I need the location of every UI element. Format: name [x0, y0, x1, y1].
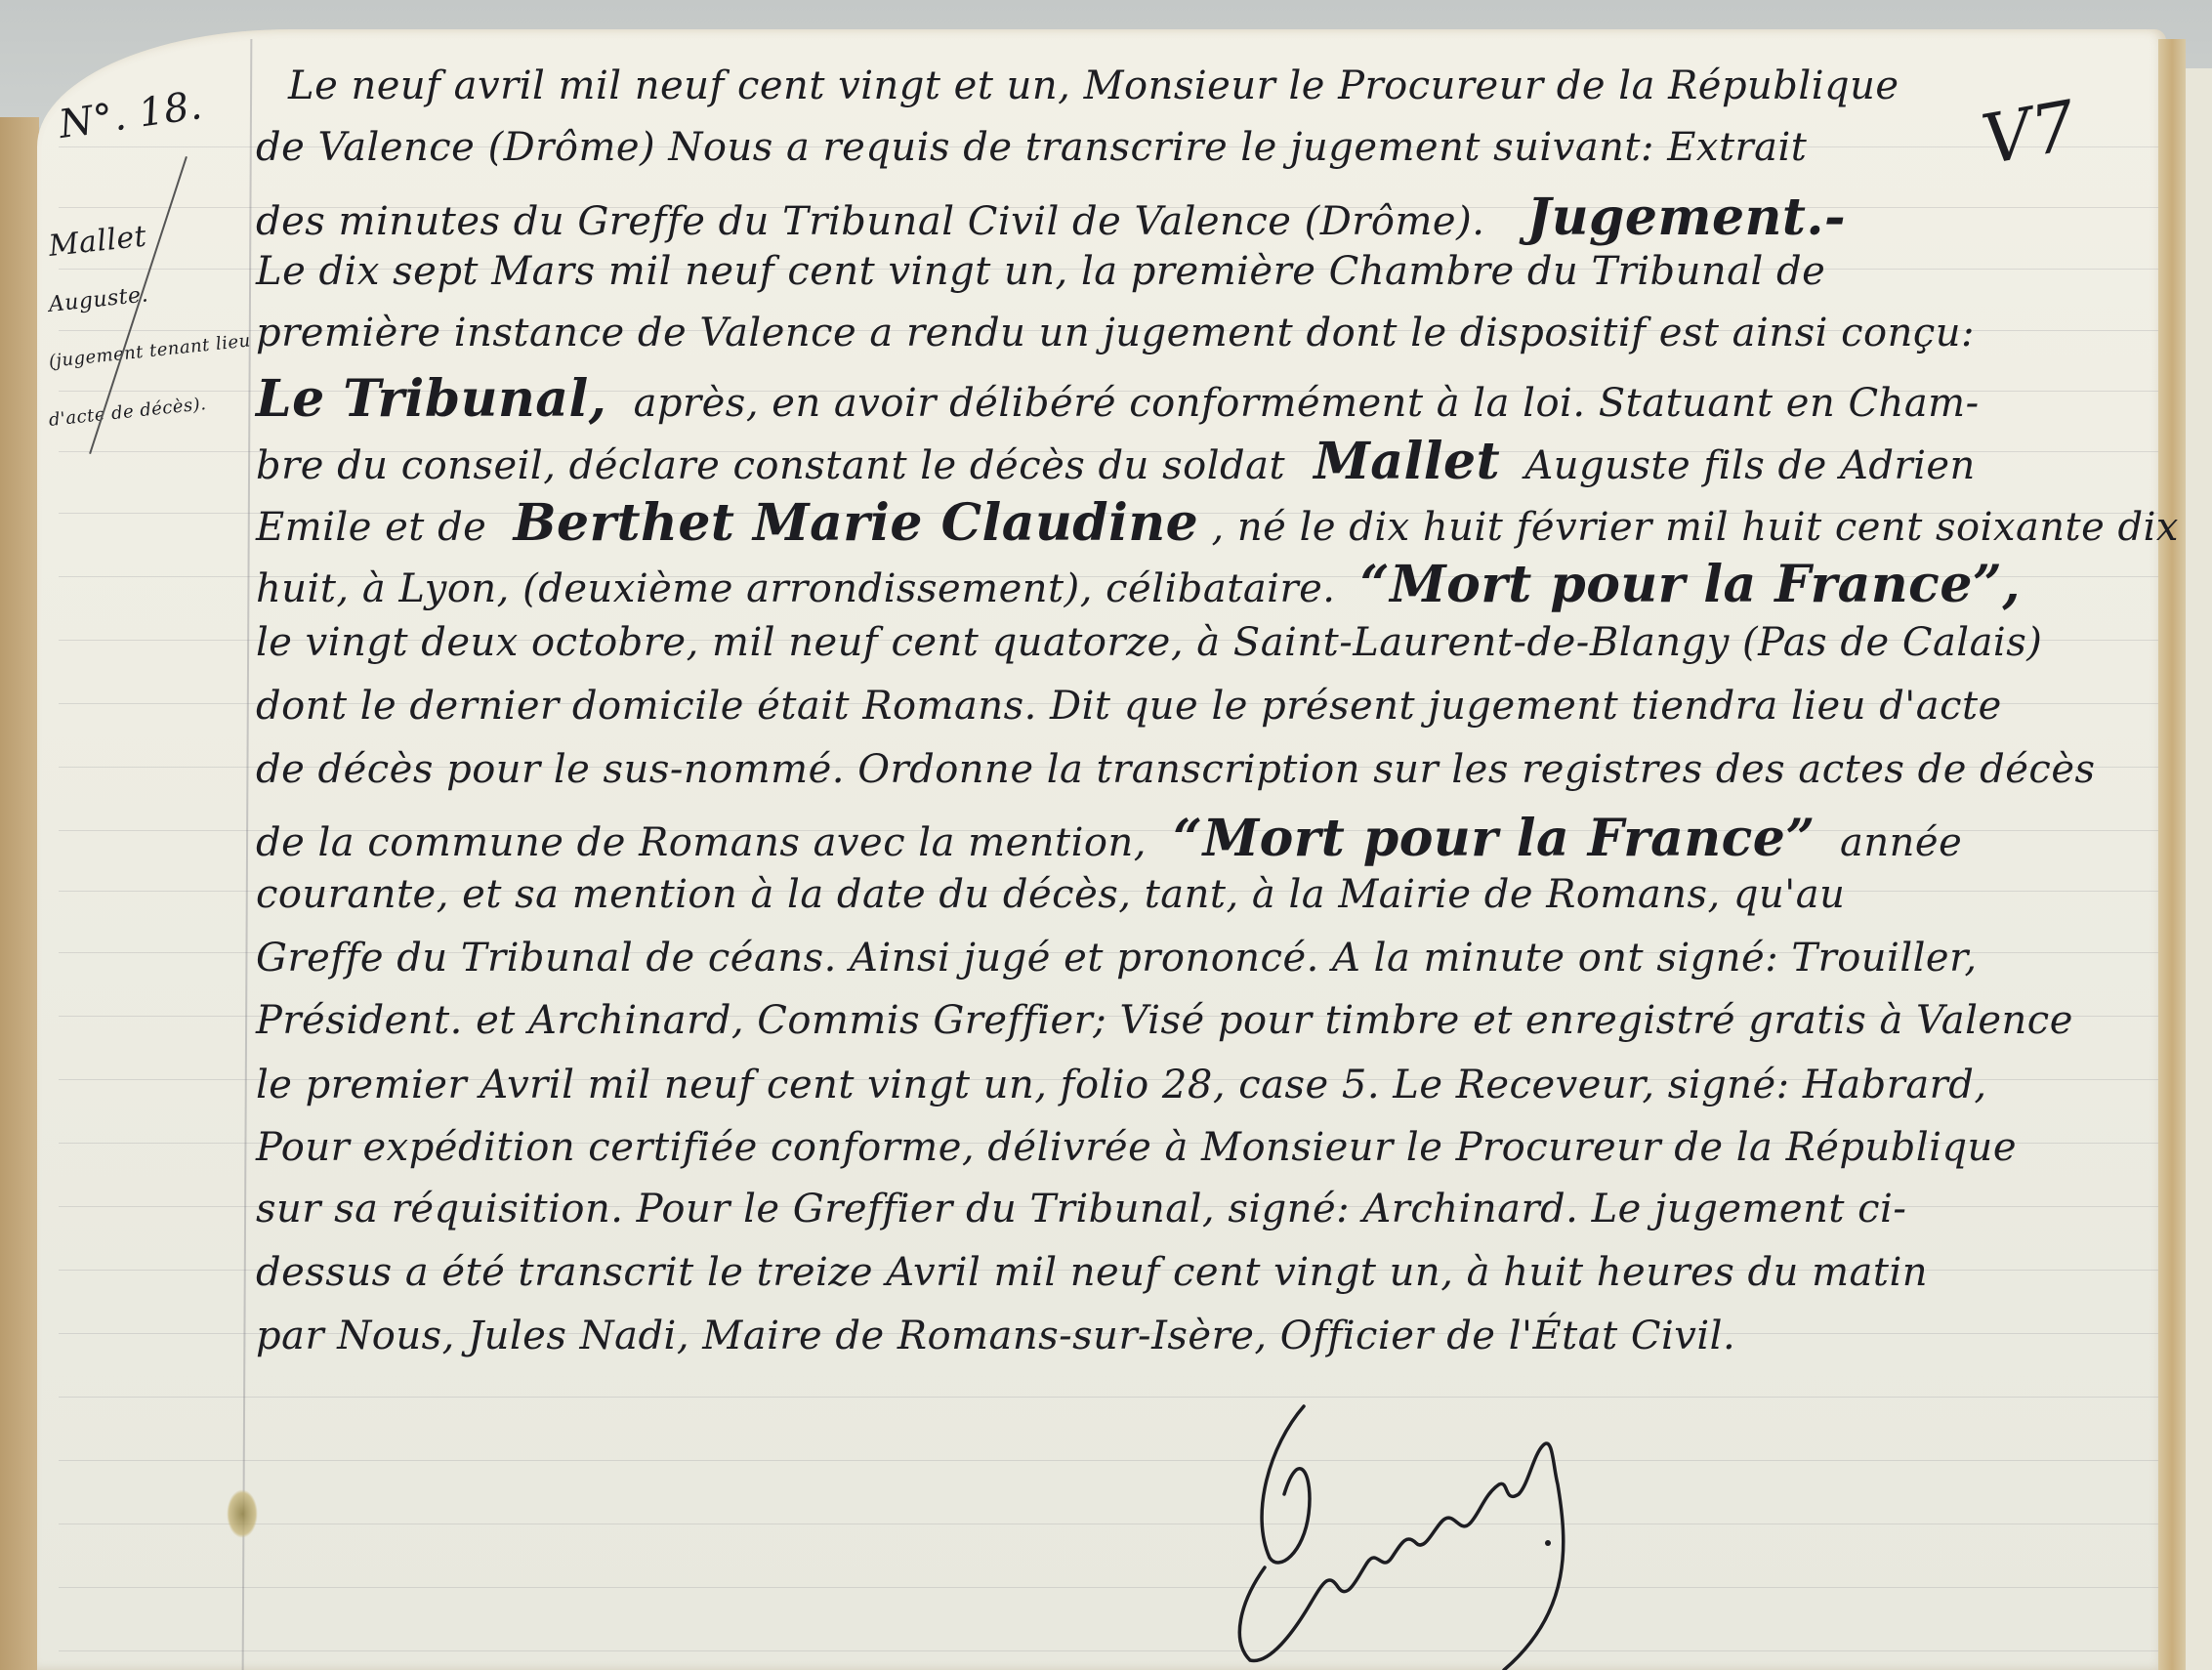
text-line-10: le vingt deux octobre, mil neuf cent qua…: [256, 620, 2042, 665]
text-segment: bre du conseil, déclare constant le décè…: [256, 443, 1285, 488]
heading-le-tribunal: Le Tribunal,: [256, 369, 606, 429]
paper-stain: [227, 1489, 258, 1538]
book-binding: [0, 117, 39, 1670]
text-line-1: Le neuf avril mil neuf cent vingt et un,…: [288, 63, 1899, 108]
text-line-4: Le dix sept Mars mil neuf cent vingt un,…: [256, 249, 1825, 294]
text-segment: , né le dix huit février mil huit cent s…: [1211, 505, 2178, 550]
text-line-13: de la commune de Romans avec la mention,…: [256, 809, 1962, 868]
text-line-18: Pour expédition certifiée conforme, déli…: [256, 1125, 2017, 1170]
signature-text: J. Nadi: [1211, 1387, 1215, 1388]
ruled-line: [59, 1650, 2158, 1651]
mother-name: Berthet Marie Claudine: [514, 493, 1199, 553]
text-line-3: des minutes du Greffe du Tribunal Civil …: [256, 188, 1846, 247]
text-segment: année: [1840, 820, 1962, 865]
text-segment: Emile et de: [256, 505, 486, 550]
text-segment: après, en avoir délibéré conformément à …: [634, 381, 1980, 426]
paraph-initials: V7: [1977, 85, 2082, 180]
text-segment: Auguste fils de Adrien: [1524, 443, 1975, 488]
next-page-edge: [2186, 68, 2212, 1670]
text-line-9: huit, à Lyon, (deuxième arrondissement),…: [256, 555, 2021, 614]
ruled-line: [59, 1524, 2158, 1524]
text-segment: huit, à Lyon, (deuxième arrondissement),…: [256, 566, 1335, 611]
text-line-7: bre du conseil, déclare constant le décè…: [256, 432, 1976, 491]
ruled-line: [59, 1397, 2158, 1398]
text-line-12: de décès pour le sus-nommé. Ordonne la t…: [256, 747, 2096, 792]
mort-pour-la-france-mention: “Mort pour la France”: [1173, 809, 1816, 868]
text-line-16: Président. et Archinard, Commis Greffier…: [256, 998, 2073, 1043]
mayor-signature: J. Nadi: [1211, 1387, 1719, 1670]
ruled-line: [59, 1587, 2158, 1588]
text-line-21: par Nous, Jules Nadi, Maire de Romans-su…: [256, 1314, 1735, 1358]
text-line-15: Greffe du Tribunal de céans. Ainsi jugé …: [256, 936, 1978, 981]
text-line-6: Le Tribunal, après, en avoir délibéré co…: [256, 369, 1980, 429]
text-line-14: courante, et sa mention à la date du déc…: [256, 872, 1845, 917]
mort-pour-la-france-mention: “Mort pour la France”,: [1360, 555, 2021, 614]
text-line-19: sur sa réquisition. Pour le Greffier du …: [256, 1187, 1906, 1232]
text-segment: de la commune de Romans avec la mention,: [256, 820, 1147, 865]
text-segment: des minutes du Greffe du Tribunal Civil …: [256, 199, 1484, 244]
text-line-20: dessus a été transcrit le treize Avril m…: [256, 1250, 1928, 1295]
heading-jugement: Jugement.-: [1527, 188, 1846, 247]
page-edge: [2158, 39, 2186, 1670]
text-line-17: le premier Avril mil neuf cent vingt un,…: [256, 1063, 1987, 1107]
text-line-11: dont le dernier domicile était Romans. D…: [256, 684, 2002, 729]
ruled-line: [59, 1460, 2158, 1461]
text-line-5: première instance de Valence a rendu un …: [256, 311, 1975, 355]
soldier-surname: Mallet: [1314, 432, 1500, 491]
text-line-2: de Valence (Drôme) Nous a requis de tran…: [256, 125, 1807, 170]
text-line-8: Emile et de Berthet Marie Claudine , né …: [256, 493, 2179, 553]
